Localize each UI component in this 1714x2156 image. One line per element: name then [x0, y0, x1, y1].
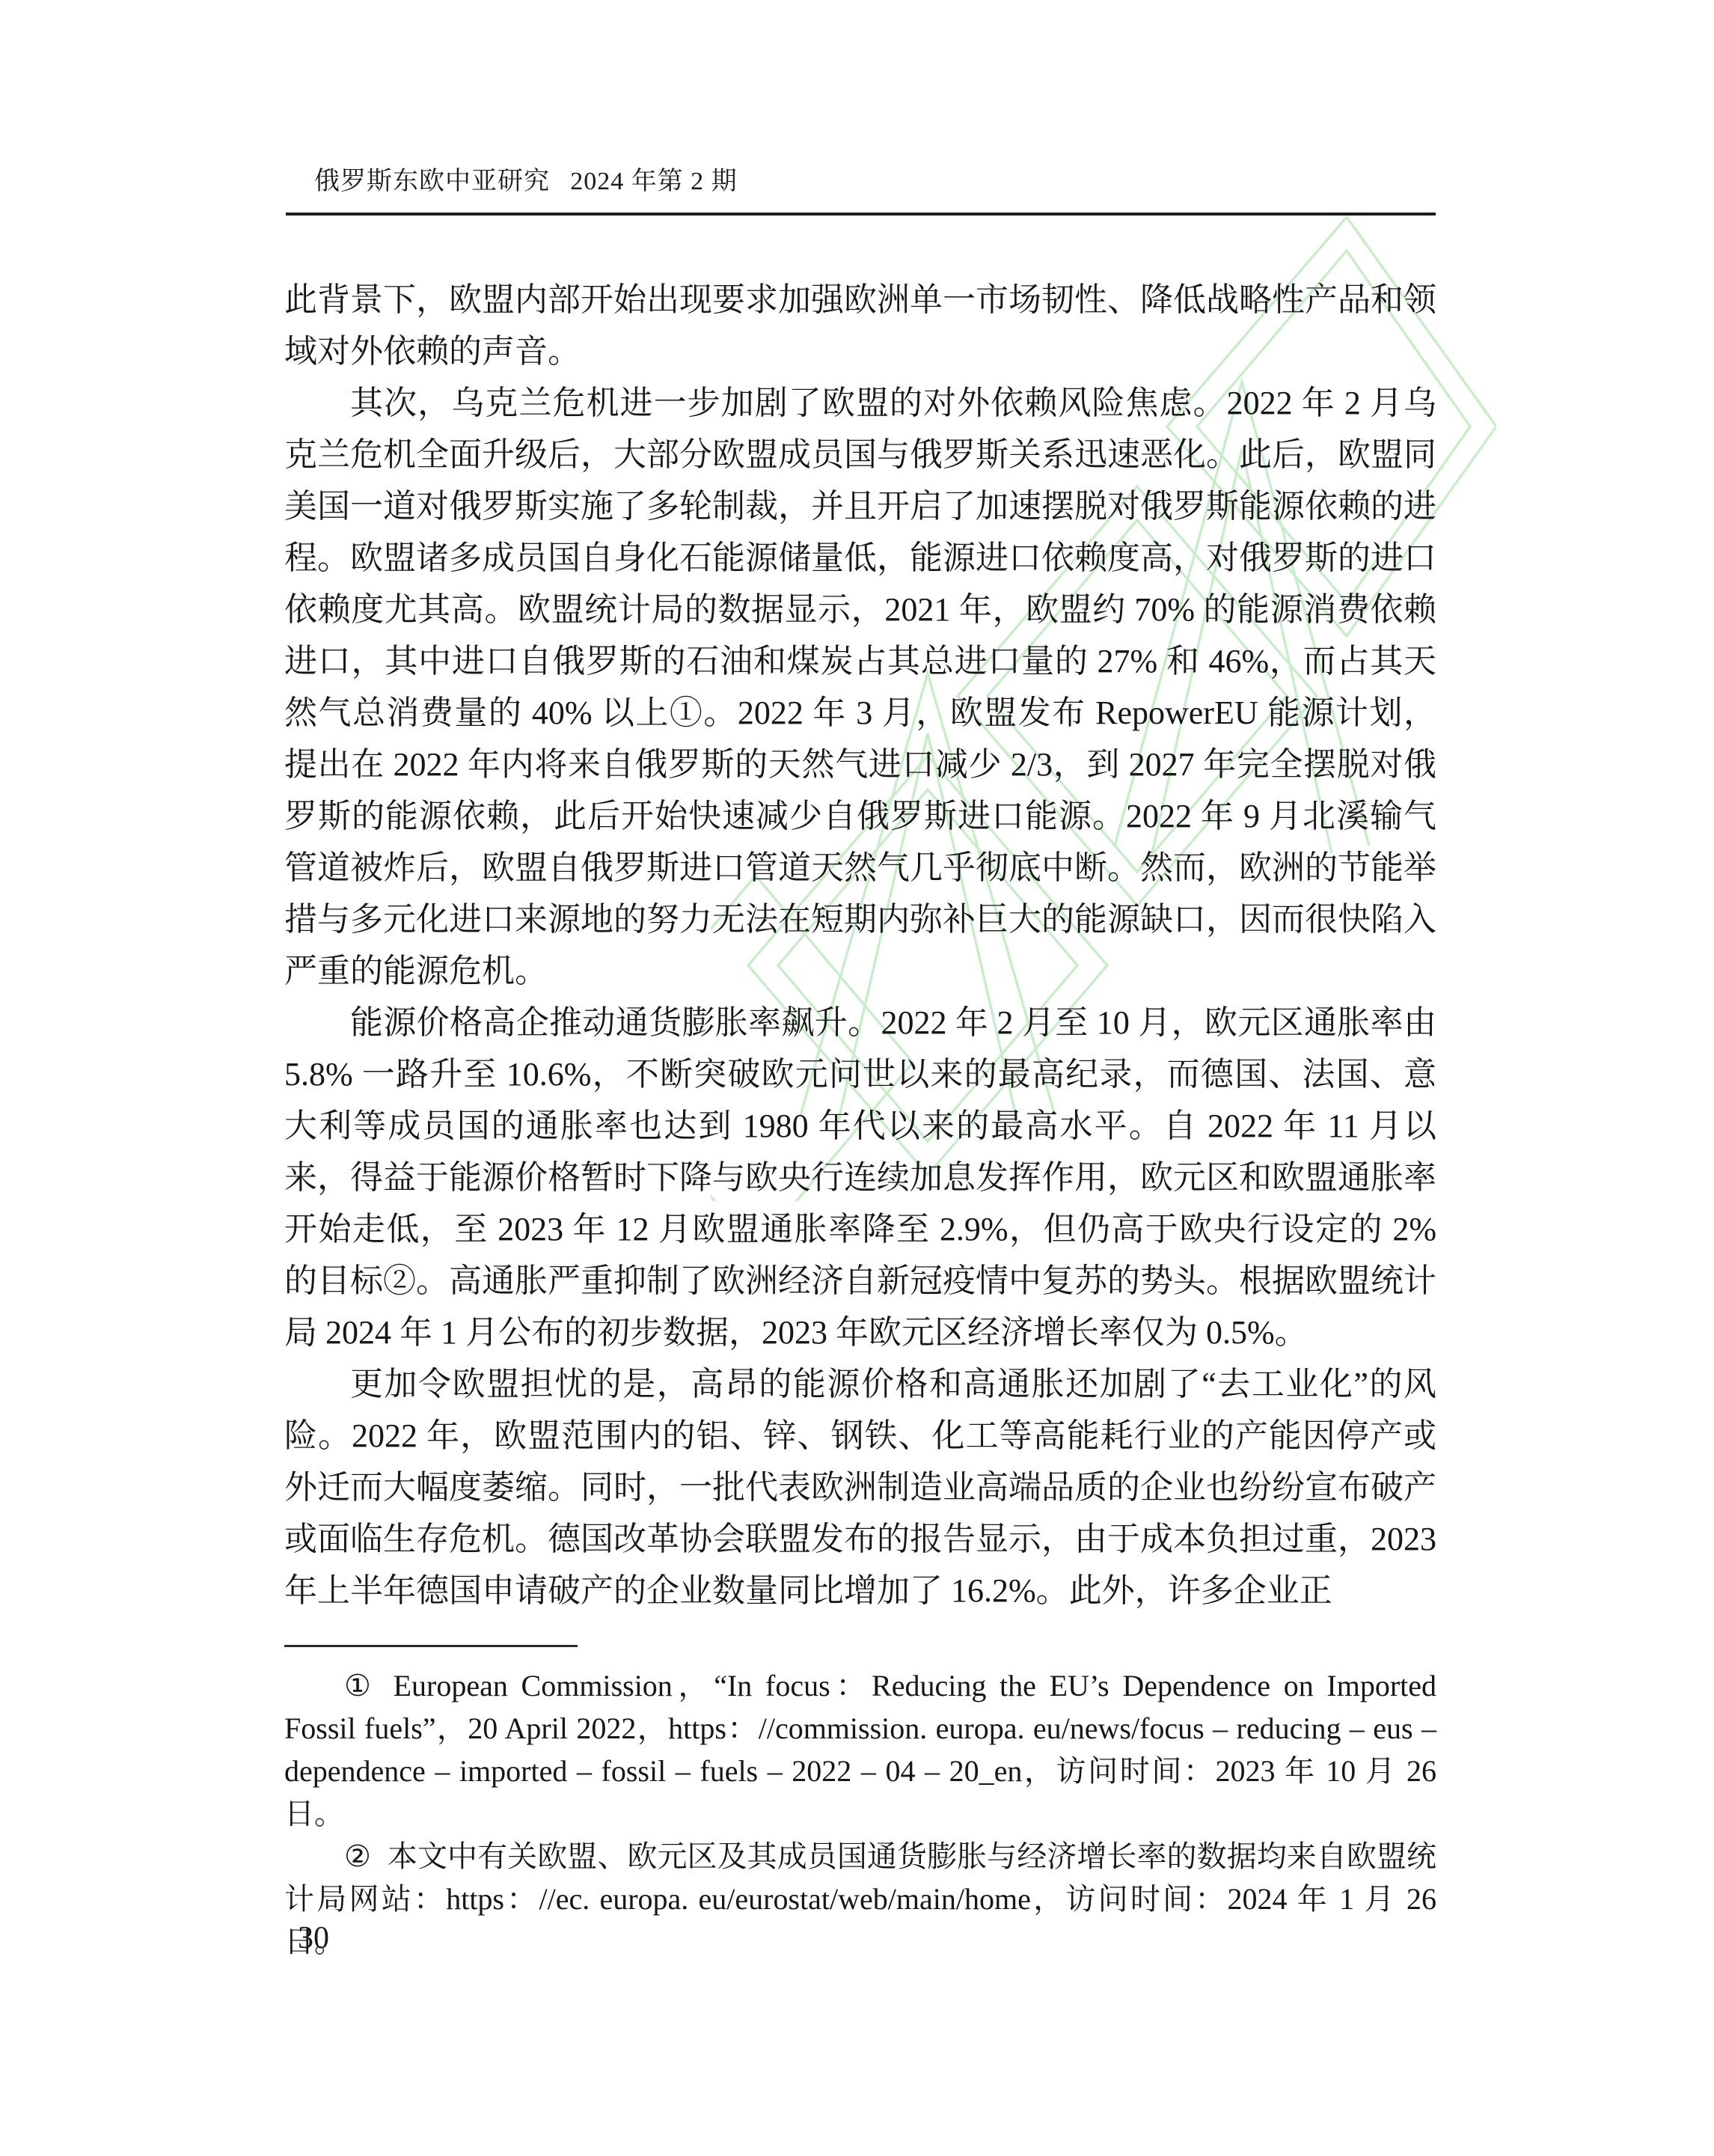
- journal-issue: 2024 年第 2 期: [570, 168, 738, 195]
- footnote-item: ②本文中有关欧盟、欧元区及其成员国通货膨胀与经济增长率的数据均来自欧盟统计局网站…: [284, 1835, 1436, 1963]
- body-paragraph: 能源价格高企推动通货膨胀率飙升。2022 年 2 月至 10 月，欧元区通胀率由…: [284, 997, 1436, 1358]
- journal-title: 俄罗斯东欧中亚研究: [314, 168, 550, 195]
- footnote-text: European Commission，“In focus：Reducing t…: [284, 1669, 1436, 1830]
- footnote-marker: ②: [344, 1839, 371, 1873]
- page-header: 俄罗斯东欧中亚研究2024 年第 2 期: [314, 160, 738, 197]
- footnote-marker: ①: [344, 1669, 377, 1702]
- page-number: 30: [298, 1920, 329, 1956]
- body-paragraph: 其次，乌克兰危机进一步加剧了欧盟的对外依赖风险焦虑。2022 年 2 月乌克兰危…: [284, 377, 1436, 997]
- footnote-text: 本文中有关欧盟、欧元区及其成员国通货膨胀与经济增长率的数据均来自欧盟统计局网站：…: [284, 1839, 1436, 1958]
- page-content: 俄罗斯东欧中亚研究2024 年第 2 期 此背景下，欧盟内部开始出现要求加强欧洲…: [0, 0, 1714, 2156]
- header-rule: [286, 213, 1436, 216]
- document-page: 俄罗斯东欧中亚研究2024 年第 2 期 此背景下，欧盟内部开始出现要求加强欧洲…: [0, 0, 1714, 2156]
- article-body: 此背景下，欧盟内部开始出现要求加强欧洲单一市场韧性、降低战略性产品和领域对外依赖…: [284, 274, 1436, 1616]
- body-paragraph: 更加令欧盟担忧的是，高昂的能源价格和高通胀还加剧了“去工业化”的风险。2022 …: [284, 1358, 1436, 1616]
- footnotes: ①European Commission，“In focus：Reducing …: [284, 1664, 1436, 1963]
- footnote-item: ①European Commission，“In focus：Reducing …: [284, 1664, 1436, 1835]
- body-paragraph: 此背景下，欧盟内部开始出现要求加强欧洲单一市场韧性、降低战略性产品和领域对外依赖…: [284, 274, 1436, 377]
- footnote-separator: [284, 1645, 578, 1647]
